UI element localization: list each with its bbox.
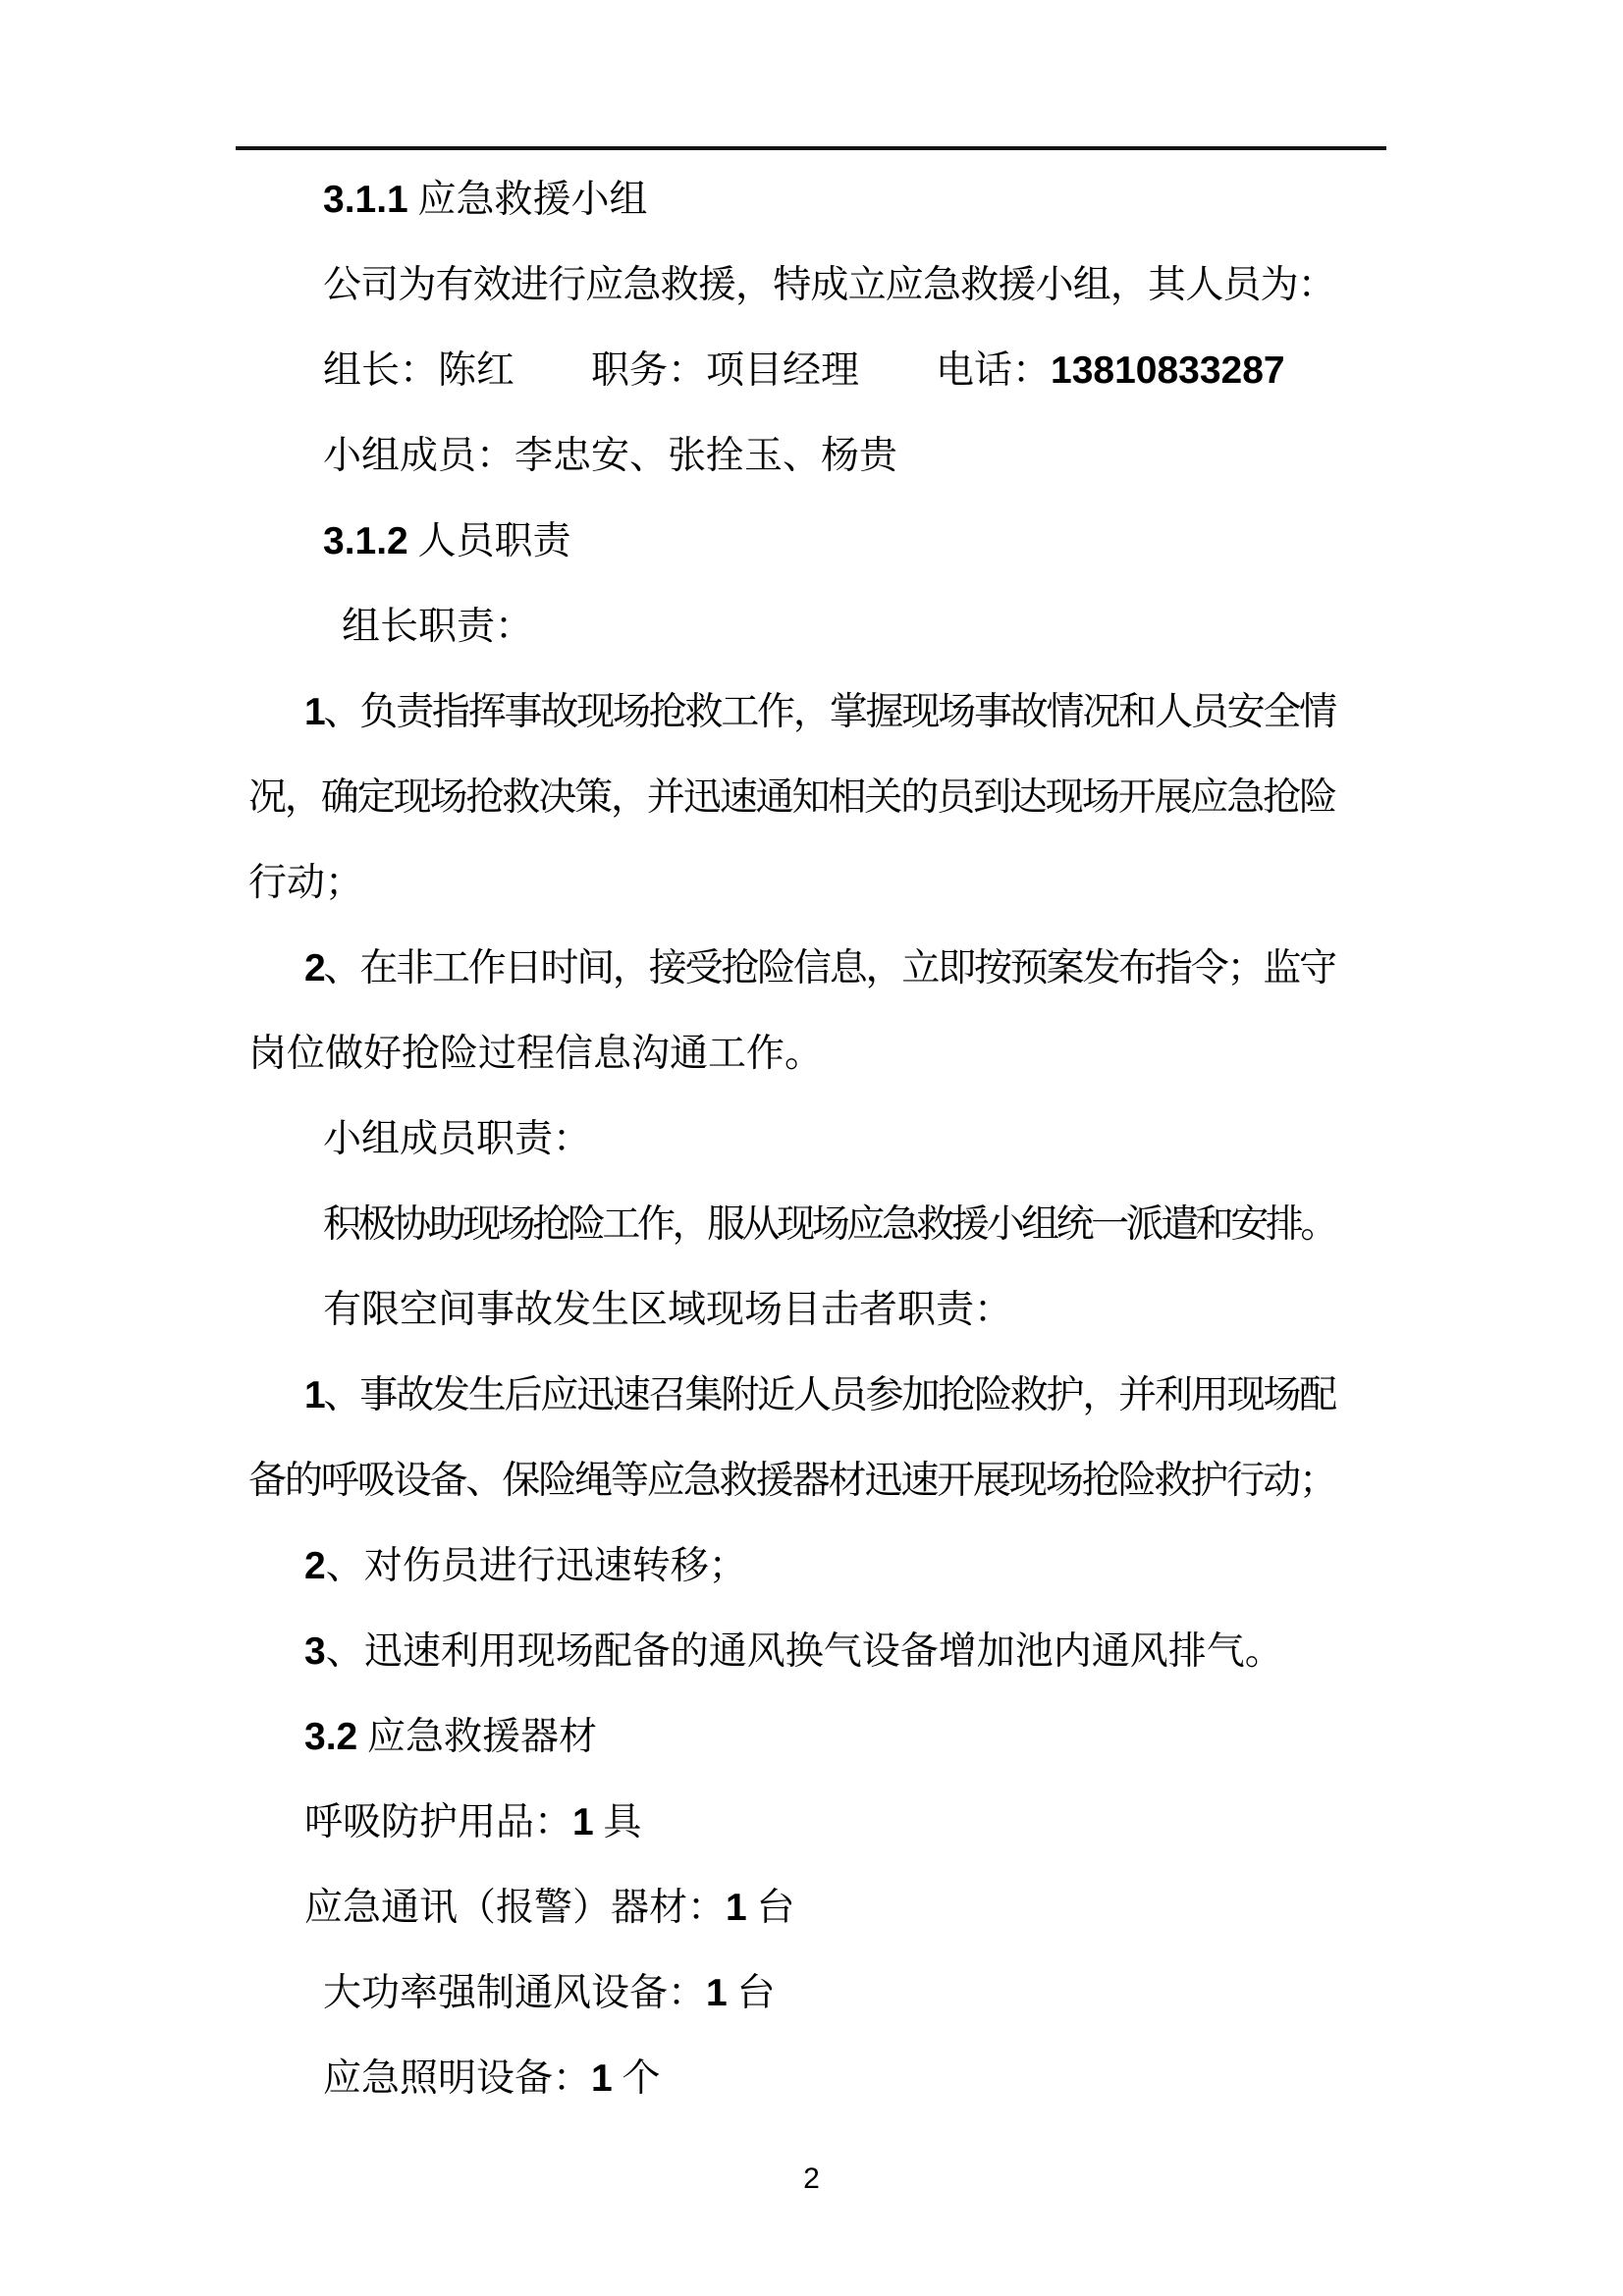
cjk-text: 积极协助现场抢险工作，服从现场应急救援小组统一派遣和安排。 xyxy=(323,1203,1335,1246)
cjk-text: 组长职责： xyxy=(342,606,533,648)
number-text: 1 xyxy=(706,1972,728,2014)
cjk-text: 小组成员：李忠安、张拴玉、杨贵 xyxy=(323,435,897,477)
number-text: 13810833287 xyxy=(1051,349,1285,392)
document-content: 3.1.1 应急救援小组公司为有效进行应急救援，特成立应急救援小组，其人员为：组… xyxy=(248,157,1335,2121)
doc-line-text: 3、迅速利用现场配备的通风换气设备增加池内通风排气。 xyxy=(304,1630,1283,1673)
number-text: 3.2 xyxy=(304,1716,357,1758)
cjk-text: 、在非工作日时间，接受抢险信息，立即按预案发布指令；监守 xyxy=(324,947,1335,989)
cjk-text: 呼吸防护用品： xyxy=(304,1801,572,1843)
doc-line: 3、迅速利用现场配备的通风换气设备增加池内通风排气。 xyxy=(248,1609,1335,1694)
doc-line: 有限空间事故发生区域现场目击者职责： xyxy=(248,1267,1335,1353)
doc-line: 积极协助现场抢险工作，服从现场应急救援小组统一派遣和安排。 xyxy=(248,1182,1335,1267)
cjk-text: 人员职责 xyxy=(408,520,571,562)
number-text: 1 xyxy=(591,2057,613,2100)
doc-line-text: 呼吸防护用品：1 具 xyxy=(304,1801,641,1843)
doc-line-text: 岗位做好抢险过程信息沟通工作。 xyxy=(248,1033,823,1075)
cjk-text: 应急照明设备： xyxy=(323,2057,591,2100)
doc-line-text: 小组成员：李忠安、张拴玉、杨贵 xyxy=(323,435,897,477)
doc-line-text: 公司为有效进行应急救援，特成立应急救援小组，其人员为： xyxy=(323,264,1335,306)
doc-line-text: 组长职责： xyxy=(342,606,533,648)
header-rule xyxy=(236,146,1386,150)
doc-line: 公司为有效进行应急救援，特成立应急救援小组，其人员为： xyxy=(248,242,1335,328)
doc-line: 岗位做好抢险过程信息沟通工作。 xyxy=(248,1011,1335,1096)
number-text: 1 xyxy=(726,1887,747,1929)
doc-line: 2、在非工作日时间，接受抢险信息，立即按预案发布指令；监守 xyxy=(248,926,1335,1011)
number-text: 1 xyxy=(304,691,324,733)
doc-line-text: 3.2 应急救援器材 xyxy=(304,1716,597,1758)
doc-line: 3.2 应急救援器材 xyxy=(248,1694,1335,1780)
doc-line-text: 2、对伤员进行迅速转移； xyxy=(304,1545,747,1587)
doc-line-text: 3.1.2 人员职责 xyxy=(323,520,571,562)
doc-line-text: 3.1.1 应急救援小组 xyxy=(323,179,648,221)
doc-line: 备的呼吸设备、保险绳等应急救援器材迅速开展现场抢险救护行动； xyxy=(248,1438,1335,1523)
cjk-text: 有限空间事故发生区域现场目击者职责： xyxy=(323,1289,1012,1331)
doc-line-text: 1、事故发生后应迅速召集附近人员参加抢险救护，并利用现场配 xyxy=(304,1374,1335,1416)
doc-line-text: 积极协助现场抢险工作，服从现场应急救援小组统一派遣和安排。 xyxy=(323,1203,1335,1246)
number-text: 1 xyxy=(572,1801,594,1843)
doc-line-text: 应急通讯（报警）器材：1 台 xyxy=(304,1887,794,1929)
page-number: 2 xyxy=(0,2160,1623,2199)
doc-line-text: 应急照明设备：1 个 xyxy=(323,2057,660,2100)
doc-line: 组长：陈红 职务：项目经理 电话：13810833287 xyxy=(248,328,1335,413)
cjk-text: 公司为有效进行应急救援，特成立应急救援小组，其人员为： xyxy=(323,264,1335,306)
cjk-text: 应急救援器材 xyxy=(357,1716,597,1758)
number-text: 3.1.1 xyxy=(323,179,408,221)
number-text: 1 xyxy=(304,1374,324,1416)
doc-line: 呼吸防护用品：1 具 xyxy=(248,1780,1335,1865)
doc-line: 行动； xyxy=(248,840,1335,926)
cjk-text: 备的呼吸设备、保险绳等应急救援器材迅速开展现场抢险救护行动； xyxy=(248,1460,1335,1502)
cjk-text: 组长：陈红 职务：项目经理 电话： xyxy=(323,349,1051,392)
doc-line-text: 备的呼吸设备、保险绳等应急救援器材迅速开展现场抢险救护行动； xyxy=(248,1460,1335,1502)
cjk-text: 、迅速利用现场配备的通风换气设备增加池内通风排气。 xyxy=(326,1630,1283,1673)
cjk-text: 台 xyxy=(728,1972,776,2014)
cjk-text: 况，确定现场抢救决策，并迅速通知相关的员到达现场开展应急抢险 xyxy=(248,776,1335,819)
cjk-text: 、对伤员进行迅速转移； xyxy=(326,1545,747,1587)
doc-line-text: 况，确定现场抢救决策，并迅速通知相关的员到达现场开展应急抢险 xyxy=(248,776,1335,819)
doc-line-text: 组长：陈红 职务：项目经理 电话：13810833287 xyxy=(323,349,1285,392)
cjk-text: 行动； xyxy=(248,862,363,904)
doc-line-text: 大功率强制通风设备：1 台 xyxy=(323,1972,775,2014)
cjk-text: 台 xyxy=(747,1887,795,1929)
doc-line: 小组成员：李忠安、张拴玉、杨贵 xyxy=(248,413,1335,499)
doc-line: 3.1.2 人员职责 xyxy=(248,499,1335,584)
doc-line: 应急通讯（报警）器材：1 台 xyxy=(248,1865,1335,1950)
doc-line: 大功率强制通风设备：1 台 xyxy=(248,1950,1335,2036)
doc-line-text: 1、负责指挥事故现场抢救工作，掌握现场事故情况和人员安全情 xyxy=(304,691,1335,733)
doc-line: 应急照明设备：1 个 xyxy=(248,2036,1335,2121)
doc-line-text: 2、在非工作日时间，接受抢险信息，立即按预案发布指令；监守 xyxy=(304,947,1335,989)
cjk-text: 具 xyxy=(594,1801,642,1843)
number-text: 3.1.2 xyxy=(323,520,408,562)
number-text: 3 xyxy=(304,1630,326,1673)
cjk-text: 、事故发生后应迅速召集附近人员参加抢险救护，并利用现场配 xyxy=(324,1374,1335,1416)
doc-line: 2、对伤员进行迅速转移； xyxy=(248,1523,1335,1609)
cjk-text: 大功率强制通风设备： xyxy=(323,1972,706,2014)
cjk-text: 岗位做好抢险过程信息沟通工作。 xyxy=(248,1033,823,1075)
doc-line: 1、事故发生后应迅速召集附近人员参加抢险救护，并利用现场配 xyxy=(248,1353,1335,1438)
cjk-text: 、负责指挥事故现场抢救工作，掌握现场事故情况和人员安全情 xyxy=(324,691,1335,733)
number-text: 2 xyxy=(304,1545,326,1587)
doc-line: 况，确定现场抢救决策，并迅速通知相关的员到达现场开展应急抢险 xyxy=(248,755,1335,840)
cjk-text: 小组成员职责： xyxy=(323,1118,591,1160)
cjk-text: 应急救援小组 xyxy=(408,179,648,221)
doc-line-text: 小组成员职责： xyxy=(323,1118,591,1160)
cjk-text: 应急通讯（报警）器材： xyxy=(304,1887,726,1929)
cjk-text: 个 xyxy=(613,2057,661,2100)
doc-line: 组长职责： xyxy=(248,584,1335,669)
doc-line-text: 行动； xyxy=(248,862,363,904)
doc-line: 1、负责指挥事故现场抢救工作，掌握现场事故情况和人员安全情 xyxy=(248,669,1335,755)
number-text: 2 xyxy=(304,947,324,989)
document-page: 3.1.1 应急救援小组公司为有效进行应急救援，特成立应急救援小组，其人员为：组… xyxy=(0,0,1623,2296)
doc-line: 3.1.1 应急救援小组 xyxy=(248,157,1335,242)
doc-line: 小组成员职责： xyxy=(248,1096,1335,1182)
doc-line-text: 有限空间事故发生区域现场目击者职责： xyxy=(323,1289,1012,1331)
